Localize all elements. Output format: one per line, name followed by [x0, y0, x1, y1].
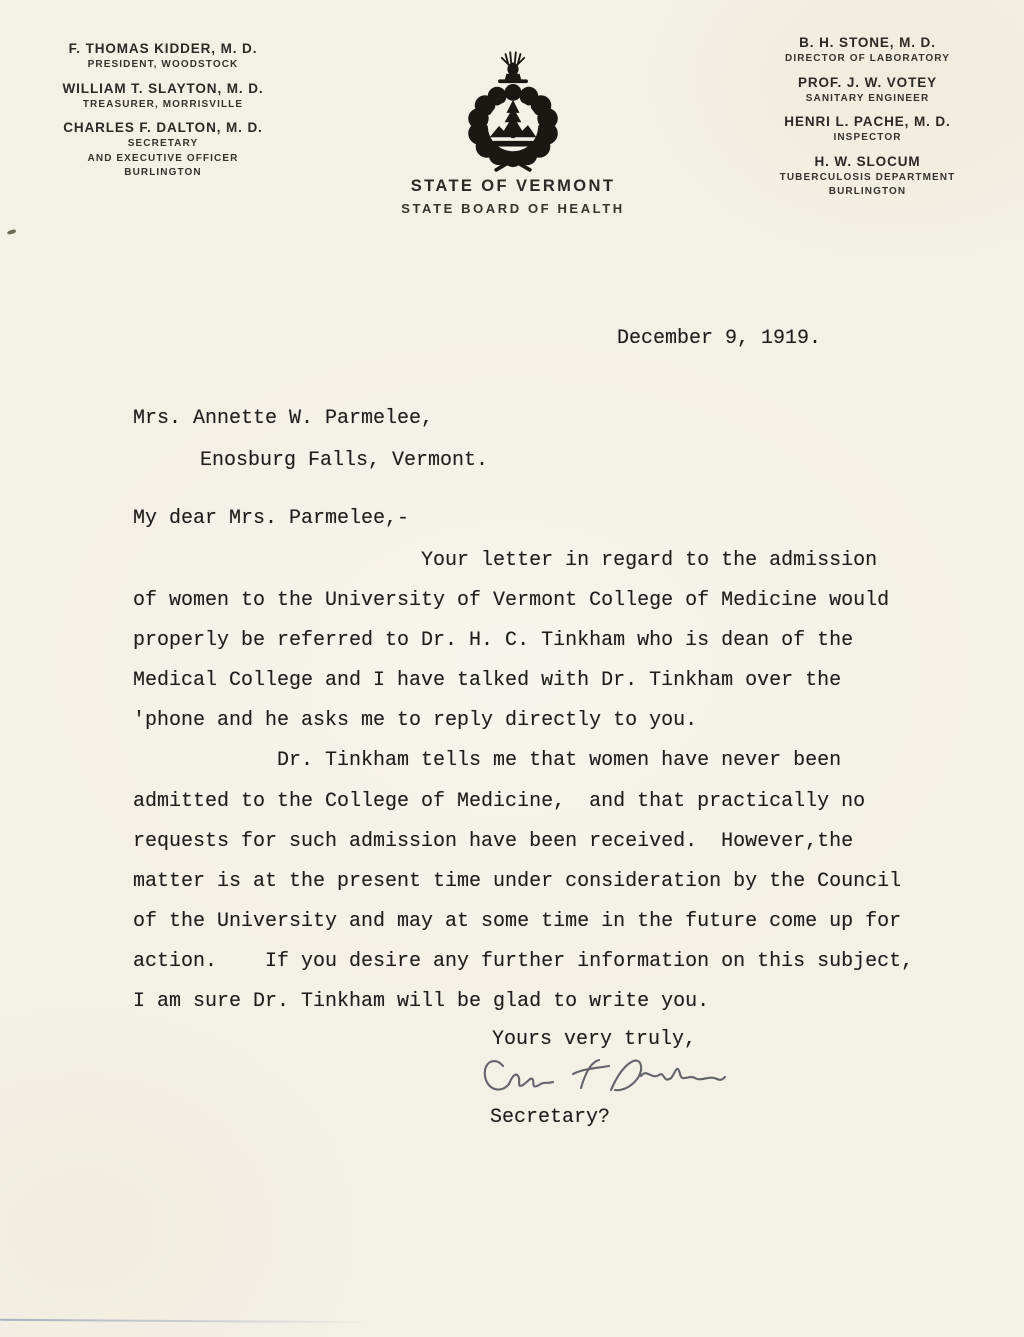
officer-title: BURLINGTON	[750, 185, 985, 199]
recipient-address: Enosburg Falls, Vermont.	[200, 449, 488, 472]
letter-date: December 9, 1919.	[617, 327, 821, 350]
officer-title: SECRETARY	[38, 137, 288, 151]
org-name: STATE OF VERMONT	[357, 177, 669, 196]
signature-script	[477, 1050, 727, 1106]
paper-speck	[7, 229, 17, 235]
page-edge-line	[0, 1319, 370, 1324]
closing-line: Yours very truly,	[492, 1028, 696, 1051]
officer-entry: PROF. J. W. VOTEY SANITARY ENGINEER	[750, 74, 985, 106]
officer-entry: F. THOMAS KIDDER, M. D. PRESIDENT, WOODS…	[38, 40, 288, 72]
recipient-name: Mrs. Annette W. Parmelee,	[133, 407, 433, 430]
officer-title: TUBERCULOSIS DEPARTMENT	[750, 171, 985, 185]
body-line: admitted to the College of Medicine, and…	[133, 782, 913, 822]
scanned-letter-page: F. THOMAS KIDDER, M. D. PRESIDENT, WOODS…	[0, 0, 1024, 1337]
officer-name: F. THOMAS KIDDER, M. D.	[38, 40, 288, 57]
officer-title: SANITARY ENGINEER	[750, 92, 985, 106]
body-line: requests for such admission have been re…	[133, 822, 913, 862]
salutation: My dear Mrs. Parmelee,-	[133, 507, 409, 530]
officer-title: TREASURER, MORRISVILLE	[38, 98, 288, 112]
officer-name: HENRI L. PACHE, M. D.	[750, 113, 985, 130]
body-line: of women to the University of Vermont Co…	[133, 581, 913, 621]
letterhead-right-officers: B. H. STONE, M. D. DIRECTOR OF LABORATOR…	[750, 34, 985, 207]
officer-title: PRESIDENT, WOODSTOCK	[38, 58, 288, 72]
body-line: of the University and may at some time i…	[133, 902, 913, 942]
officer-entry: CHARLES F. DALTON, M. D. SECRETARYAND EX…	[38, 119, 288, 180]
body-line: properly be referred to Dr. H. C. Tinkha…	[133, 621, 913, 661]
officer-name: WILLIAM T. SLAYTON, M. D.	[38, 80, 288, 97]
body-line: matter is at the present time under cons…	[133, 862, 913, 902]
officer-title: DIRECTOR OF LABORATORY	[750, 52, 985, 66]
body-line: 'phone and he asks me to reply directly …	[133, 701, 913, 741]
body-line: Dr. Tinkham tells me that women have nev…	[133, 741, 913, 781]
officer-entry: B. H. STONE, M. D. DIRECTOR OF LABORATOR…	[750, 34, 985, 66]
officer-title: BURLINGTON	[38, 166, 288, 180]
body-line: I am sure Dr. Tinkham will be glad to wr…	[133, 982, 913, 1022]
officer-name: B. H. STONE, M. D.	[750, 34, 985, 51]
officer-entry: WILLIAM T. SLAYTON, M. D. TREASURER, MOR…	[38, 80, 288, 112]
officer-entry: HENRI L. PACHE, M. D. INSPECTOR	[750, 113, 985, 145]
letterhead-left-officers: F. THOMAS KIDDER, M. D. PRESIDENT, WOODS…	[38, 40, 288, 188]
body-line: Medical College and I have talked with D…	[133, 661, 913, 701]
officer-name: CHARLES F. DALTON, M. D.	[38, 119, 288, 136]
letter-body: Your letter in regard to the admissionof…	[133, 541, 913, 1062]
officer-entry: H. W. SLOCUM TUBERCULOSIS DEPARTMENTBURL…	[750, 153, 985, 199]
body-line: Your letter in regard to the admission	[133, 541, 913, 581]
officer-name: PROF. J. W. VOTEY	[750, 74, 985, 91]
org-department: STATE BOARD OF HEALTH	[357, 201, 669, 216]
officer-title: AND EXECUTIVE OFFICER	[38, 152, 288, 166]
body-line: action. If you desire any further inform…	[133, 942, 913, 982]
officer-title: INSPECTOR	[750, 131, 985, 145]
officer-name: H. W. SLOCUM	[750, 153, 985, 170]
vermont-state-seal-icon	[457, 50, 569, 174]
signer-title: Secretary?	[490, 1106, 610, 1129]
